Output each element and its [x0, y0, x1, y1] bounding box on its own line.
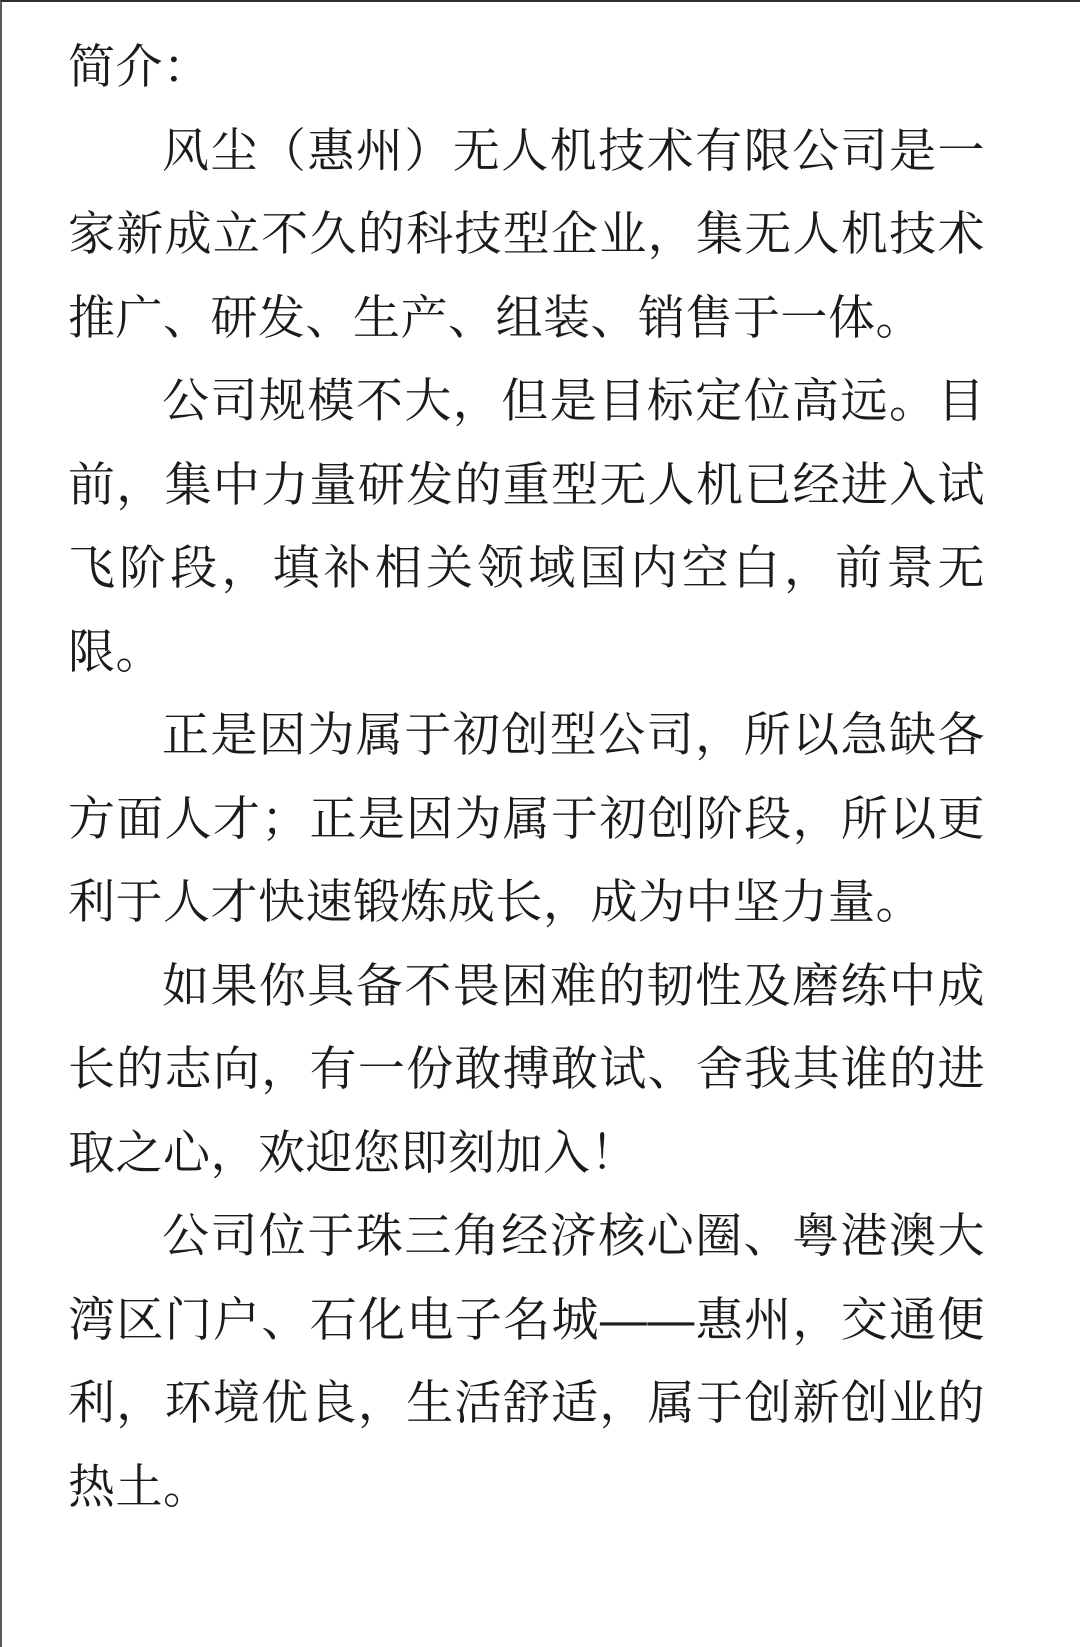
text-line: 利，环境优良，生活舒适，属于创新创业的: [68, 1361, 985, 1445]
text-line: 正是因为属于初创型公司，所以急缺各: [68, 693, 985, 777]
text-line: 长的志向，有一份敢搏敢试、舍我其谁的进: [68, 1027, 985, 1111]
text-line: 推广、研发、生产、组装、销售于一体。: [68, 276, 985, 360]
text-line: 方面人才；正是因为属于初创阶段，所以更: [68, 777, 985, 861]
text-line: 风尘（惠州）无人机技术有限公司是一: [68, 109, 985, 193]
text-line: 取之心，欢迎您即刻加入！: [68, 1111, 985, 1195]
text-line: 公司规模不大，但是目标定位高远。目: [68, 359, 985, 443]
text-line: 限。: [68, 610, 985, 694]
intro-heading: 简介：: [68, 25, 985, 109]
text-line: 前，集中力量研发的重型无人机已经进入试: [68, 443, 985, 527]
text-line: 飞阶段，填补相关领域国内空白，前景无: [68, 526, 985, 610]
text-line: 热土。: [68, 1445, 985, 1529]
document-page: 简介：风尘（惠州）无人机技术有限公司是一家新成立不久的科技型企业，集无人机技术推…: [0, 0, 1080, 1647]
text-line: 利于人才快速锻炼成长，成为中坚力量。: [68, 860, 985, 944]
text-line: 家新成立不久的科技型企业，集无人机技术: [68, 192, 985, 276]
company-intro-text: 简介：风尘（惠州）无人机技术有限公司是一家新成立不久的科技型企业，集无人机技术推…: [68, 25, 985, 1528]
text-line: 公司位于珠三角经济核心圈、粤港澳大: [68, 1194, 985, 1278]
text-line: 如果你具备不畏困难的韧性及磨练中成: [68, 944, 985, 1028]
text-line: 湾区门户、石化电子名城——惠州，交通便: [68, 1278, 985, 1362]
